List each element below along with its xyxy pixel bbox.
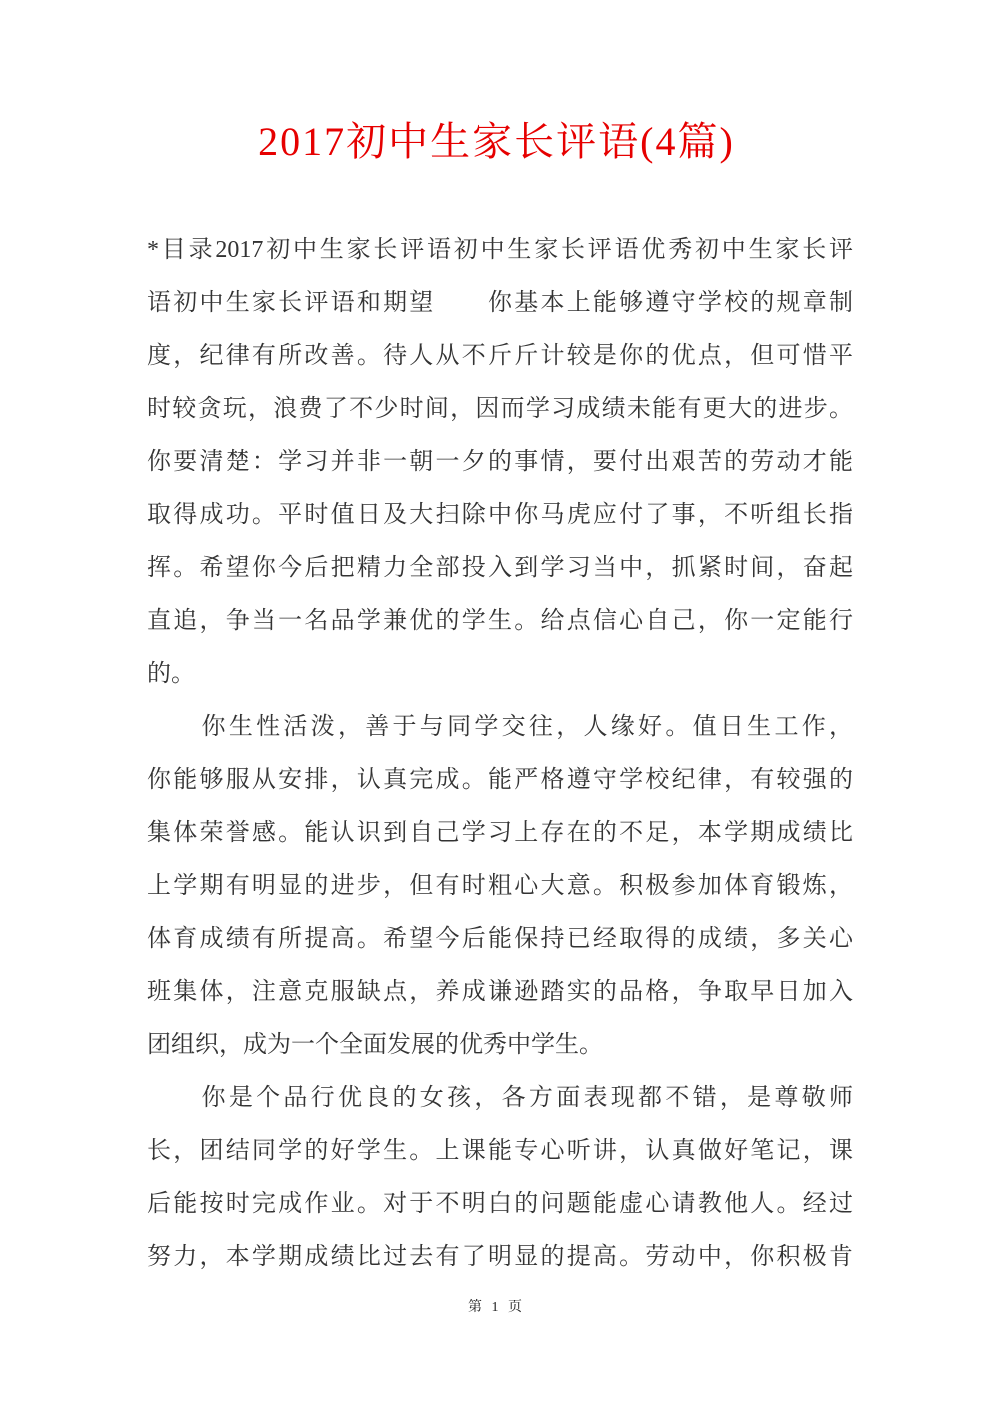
text-line: 挥。希望你今后把精力全部投入到学习当中，抓紧时间，奋起 (147, 542, 853, 595)
text-line: 你生性活泼，善于与同学交往，人缘好。值日生工作， (147, 701, 853, 754)
document-title: 2017初中生家长评语(4篇) (0, 110, 993, 167)
text-line: 团组织，成为一个全面发展的优秀中学生。 (147, 1019, 853, 1072)
text-line: 语初中生家长评语和期望 你基本上能够遵守学校的规章制 (147, 277, 853, 330)
document-body: *目录2017初中生家长评语初中生家长评语优秀初中生家长评 语初中生家长评语和期… (147, 224, 853, 1284)
page-number: 第 1 页 (0, 1296, 993, 1316)
paragraph-1: *目录2017初中生家长评语初中生家长评语优秀初中生家长评 语初中生家长评语和期… (147, 224, 853, 701)
text-line: 班集体，注意克服缺点，养成谦逊踏实的品格，争取早日加入 (147, 966, 853, 1019)
text-line: 你能够服从安排，认真完成。能严格遵守学校纪律，有较强的 (147, 754, 853, 807)
document-page: 2017初中生家长评语(4篇) *目录2017初中生家长评语初中生家长评语优秀初… (0, 0, 993, 1404)
text-line: 上学期有明显的进步，但有时粗心大意。积极参加体育锻炼， (147, 860, 853, 913)
text-line: 体育成绩有所提高。希望今后能保持已经取得的成绩，多关心 (147, 913, 853, 966)
text-line: 集体荣誉感。能认识到自己学习上存在的不足，本学期成绩比 (147, 807, 853, 860)
text-line: 时较贪玩，浪费了不少时间，因而学习成绩未能有更大的进步。 (147, 383, 853, 436)
text-line: 努力，本学期成绩比过去有了明显的提高。劳动中，你积极肯 (147, 1231, 853, 1284)
text-line: 取得成功。平时值日及大扫除中你马虎应付了事，不听组长指 (147, 489, 853, 542)
text-line: 度，纪律有所改善。待人从不斤斤计较是你的优点，但可惜平 (147, 330, 853, 383)
text-line: 你要清楚：学习并非一朝一夕的事情，要付出艰苦的劳动才能 (147, 436, 853, 489)
text-line: 后能按时完成作业。对于不明白的问题能虚心请教他人。经过 (147, 1178, 853, 1231)
paragraph-2: 你生性活泼，善于与同学交往，人缘好。值日生工作， 你能够服从安排，认真完成。能严… (147, 701, 853, 1072)
paragraph-3: 你是个品行优良的女孩，各方面表现都不错，是尊敬师 长，团结同学的好学生。上课能专… (147, 1072, 853, 1284)
text-line: 你是个品行优良的女孩，各方面表现都不错，是尊敬师 (147, 1072, 853, 1125)
text-line: 长，团结同学的好学生。上课能专心听讲，认真做好笔记，课 (147, 1125, 853, 1178)
text-line: 的。 (147, 648, 853, 701)
text-line: 直追，争当一名品学兼优的学生。给点信心自己，你一定能行 (147, 595, 853, 648)
text-line: *目录2017初中生家长评语初中生家长评语优秀初中生家长评 (147, 224, 853, 277)
